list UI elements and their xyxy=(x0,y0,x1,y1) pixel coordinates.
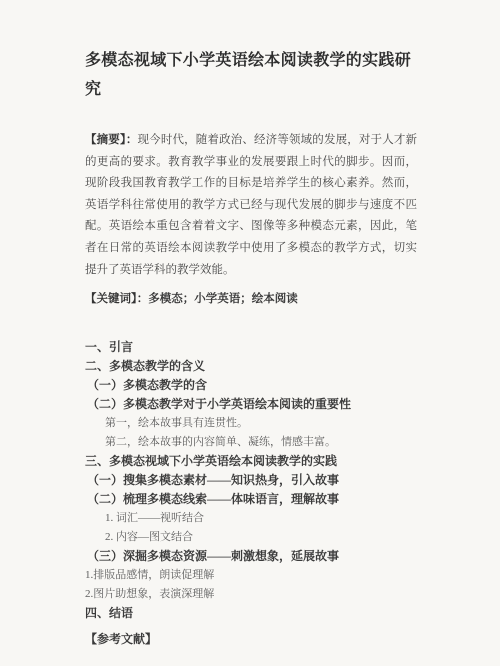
outline-item: 1.排版品感情，朗读促理解 xyxy=(85,566,415,585)
keywords-text: 多模态；小学英语；绘本阅读 xyxy=(148,293,298,305)
references-label: 【参考文献】 xyxy=(85,630,415,649)
outline-item: 2.图片助想象，表演深理解 xyxy=(85,585,415,604)
keywords-line: 【关键词】：多模态；小学英语；绘本阅读 xyxy=(85,289,417,311)
outline-item: 1. 词汇——视听结合 xyxy=(105,509,415,528)
outline-item: 三、多模态视域下小学英语绘本阅读教学的实践 xyxy=(85,452,415,471)
document-page: 多模态视域下小学英语绘本阅读教学的实践研究 【摘要】：现今时代，随着政治、经济等… xyxy=(0,0,500,666)
outline-item: 第二，绘本故事的内容简单、凝练，情感丰富。 xyxy=(105,433,415,452)
outline-item: （一）多模态教学的含 xyxy=(87,376,415,395)
outline-item: （一）搜集多模态素材——知识热身，引入故事 xyxy=(87,471,415,490)
outline-item: 四、结语 xyxy=(85,604,415,623)
abstract-text: 现今时代，随着政治、经济等领域的发展，对于人才新的更高的要求。教育教学事业的发展… xyxy=(85,134,417,276)
abstract-paragraph: 【摘要】：现今时代，随着政治、经济等领域的发展，对于人才新的更高的要求。教育教学… xyxy=(85,130,417,281)
outline-item: （二）梳理多模态线索——体味语言，理解故事 xyxy=(87,490,415,509)
outline-item: （二）多模态教学对于小学英语绘本阅读的重要性 xyxy=(87,395,415,414)
outline-item: 二、多模态教学的含义 xyxy=(85,357,415,376)
abstract-label: 【摘要】： xyxy=(85,134,138,146)
keywords-label: 【关键词】： xyxy=(85,293,148,305)
outline-item: 一、引言 xyxy=(85,338,415,357)
page-title: 多模态视域下小学英语绘本阅读教学的实践研究 xyxy=(85,46,411,104)
outline-item: （三）深掘多模态资源——刺激想象，延展故事 xyxy=(87,547,415,566)
outline-item: 第一，绘本故事具有连贯性。 xyxy=(105,414,415,433)
outline-item: 2. 内容—图文结合 xyxy=(105,528,415,547)
outline-list: 一、引言二、多模态教学的含义（一）多模态教学的含（二）多模态教学对于小学英语绘本… xyxy=(85,338,415,623)
